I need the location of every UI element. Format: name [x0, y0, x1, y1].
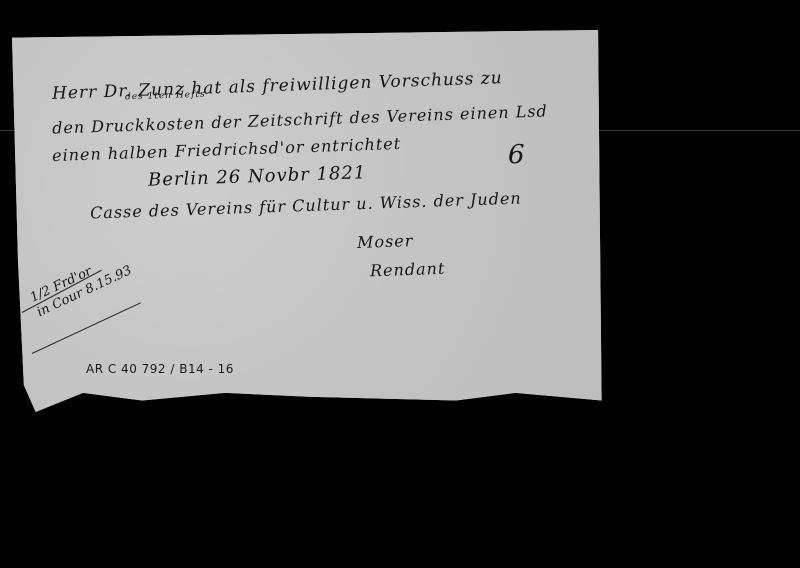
signature-name: Moser [357, 231, 414, 252]
archive-shelfmark: AR C 40 792 / B14 - 16 [86, 362, 234, 376]
page-number: 6 [508, 140, 526, 170]
signature-title: Rendant [370, 259, 446, 281]
